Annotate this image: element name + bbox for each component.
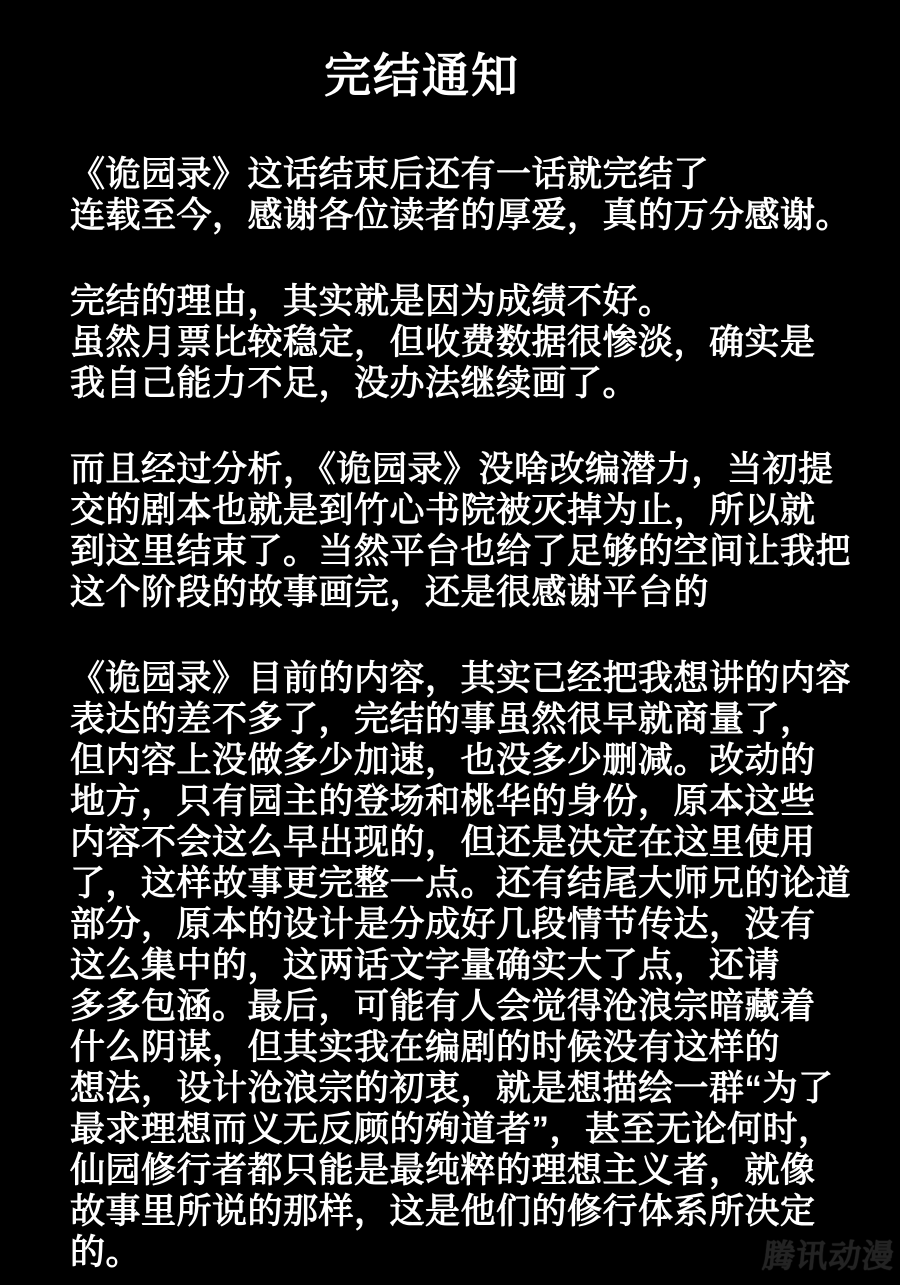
notice-line: 地方，只有园主的登场和桃华的身份，原本这些 xyxy=(70,781,880,822)
notice-paragraph-3: 而且经过分析，《诡园录》没啥改编潜力，当初提 交的剧本也就是到竹心书院被灭掉为止… xyxy=(70,449,880,613)
notice-line: 交的剧本也就是到竹心书院被灭掉为止，所以就 xyxy=(70,490,880,531)
notice-line: 的。 xyxy=(70,1232,880,1273)
notice-line: 完结的理由，其实就是因为成绩不好。 xyxy=(70,281,880,322)
notice-line: 想法，设计沧浪宗的初衷，就是想描绘一群“为了 xyxy=(70,1068,880,1109)
notice-title: 完结通知 xyxy=(0,50,872,102)
notice-line: 内容不会这么早出现的，但还是决定在这里使用 xyxy=(70,822,880,863)
notice-paragraph-4: 《诡园录》目前的内容，其实已经把我想讲的内容 表达的差不多了，完结的事虽然很早就… xyxy=(70,658,880,1273)
notice-line: 到这里结束了。当然平台也给了足够的空间让我把 xyxy=(70,531,880,572)
notice-body: 《诡园录》这话结束后还有一话就完结了 连载至今，感谢各位读者的厚爱，真的万分感谢… xyxy=(0,154,900,1273)
tencent-comics-watermark: 腾讯动漫 xyxy=(761,1231,898,1277)
notice-line: 这么集中的，这两话文字量确实大了点，还请 xyxy=(70,945,880,986)
notice-line: 连载至今，感谢各位读者的厚爱，真的万分感谢。 xyxy=(70,195,880,236)
notice-line: 故事里所说的那样，这是他们的修行体系所决定 xyxy=(70,1191,880,1232)
notice-line: 但内容上没做多少加速，也没多少删减。改动的 xyxy=(70,740,880,781)
completion-notice-page: 完结通知 《诡园录》这话结束后还有一话就完结了 连载至今，感谢各位读者的厚爱，真… xyxy=(0,0,900,1285)
notice-line: 而且经过分析，《诡园录》没啥改编潜力，当初提 xyxy=(70,449,880,490)
notice-paragraph-2: 完结的理由，其实就是因为成绩不好。 虽然月票比较稳定，但收费数据很惨淡，确实是 … xyxy=(70,281,880,404)
notice-line: 什么阴谋，但其实我在编剧的时候没有这样的 xyxy=(70,1027,880,1068)
notice-line: 《诡园录》目前的内容，其实已经把我想讲的内容 xyxy=(70,658,880,699)
notice-line: 我自己能力不足，没办法继续画了。 xyxy=(70,363,880,404)
notice-line: 虽然月票比较稳定，但收费数据很惨淡，确实是 xyxy=(70,322,880,363)
notice-line: 了，这样故事更完整一点。还有结尾大师兄的论道 xyxy=(70,863,880,904)
notice-line: 最求理想而义无反顾的殉道者”，甚至无论何时， xyxy=(70,1109,880,1150)
notice-line: 这个阶段的故事画完，还是很感谢平台的 xyxy=(70,572,880,613)
notice-paragraph-1: 《诡园录》这话结束后还有一话就完结了 连载至今，感谢各位读者的厚爱，真的万分感谢… xyxy=(70,154,880,236)
notice-line: 多多包涵。最后，可能有人会觉得沧浪宗暗藏着 xyxy=(70,986,880,1027)
notice-line: 表达的差不多了，完结的事虽然很早就商量了， xyxy=(70,699,880,740)
notice-line: 部分，原本的设计是分成好几段情节传达，没有 xyxy=(70,904,880,945)
notice-line: 仙园修行者都只能是最纯粹的理想主义者，就像 xyxy=(70,1150,880,1191)
notice-line: 《诡园录》这话结束后还有一话就完结了 xyxy=(70,154,880,195)
